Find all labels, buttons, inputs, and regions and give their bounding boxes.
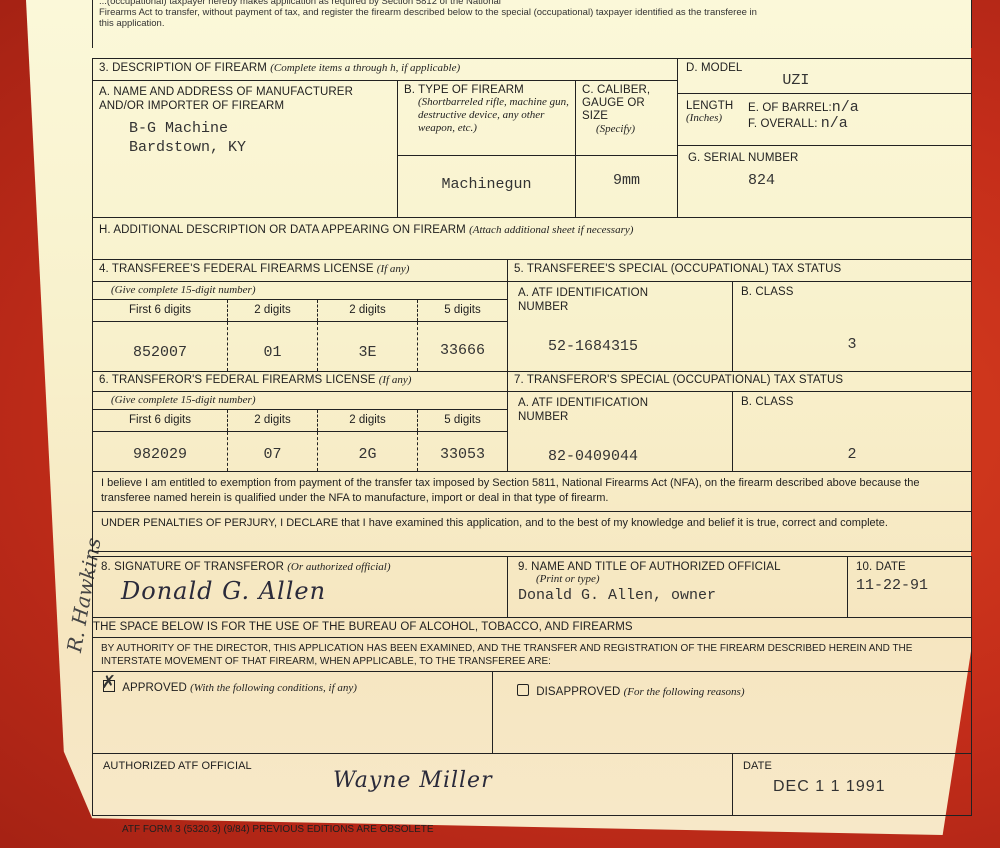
transferee-atf-id-field[interactable]: a. ATF IDENTIFICATION NUMBER 52-1684315 xyxy=(508,282,733,371)
transferee-ffl-part3[interactable]: 3E xyxy=(318,322,418,371)
authorized-official-field[interactable]: 9. NAME AND TITLE OF AUTHORIZED OFFICIAL… xyxy=(508,557,848,617)
transferor-ffl-part2[interactable]: 07 xyxy=(228,432,318,471)
atf-authority-text: BY AUTHORITY OF THE DIRECTOR, THIS APPLI… xyxy=(92,638,972,672)
serial-number-field[interactable]: g. SERIAL NUMBER 824 xyxy=(678,146,971,217)
length-field[interactable]: LENGTH (Inches) e. OF BARREL:n/a f. OVER… xyxy=(678,94,971,146)
transferee-ffl-part1[interactable]: 852007 xyxy=(93,322,228,371)
manufacturer-field[interactable]: a. NAME AND ADDRESS OF MANUFACTURER AND/… xyxy=(93,81,398,217)
atf-date-field[interactable]: DATE DEC 1 1 1991 xyxy=(733,754,971,815)
intro-text: ...(occupational) taxpayer hereby makes … xyxy=(92,0,972,48)
transferee-class-field[interactable]: b. CLASS 3 xyxy=(733,282,971,371)
perjury-statement: UNDER PENALTIES OF PERJURY, I DECLARE th… xyxy=(92,512,972,552)
firearm-type-field[interactable]: Machinegun xyxy=(398,156,576,217)
atf-official-row: AUTHORIZED ATF OFFICIAL Wayne Miller DAT… xyxy=(92,754,972,816)
disapproved-checkbox[interactable] xyxy=(517,684,529,696)
transferor-ffl-part1[interactable]: 982029 xyxy=(93,432,228,471)
transferor-atf-id-field[interactable]: a. ATF IDENTIFICATION NUMBER 82-0409044 xyxy=(508,392,733,471)
sections-6-7: 6. TRANSFEROR'S FEDERAL FIREARMS LICENSE… xyxy=(92,372,972,472)
caliber-field[interactable]: 9mm xyxy=(576,156,677,217)
atf-official-signature-field[interactable]: AUTHORIZED ATF OFFICIAL Wayne Miller xyxy=(93,754,733,815)
model-field[interactable]: d. MODEL UZI xyxy=(678,59,971,94)
approved-option[interactable]: ✗ APPROVED (With the following condition… xyxy=(93,672,493,753)
signature-row: 8. SIGNATURE OF TRANSFEROR (Or authorize… xyxy=(92,556,972,618)
transferor-signature-field[interactable]: 8. SIGNATURE OF TRANSFEROR (Or authorize… xyxy=(93,557,508,617)
exemption-statement: I believe I am entitled to exemption fro… xyxy=(92,472,972,512)
transferor-ffl-part4[interactable]: 33053 xyxy=(418,432,507,471)
approval-row: ✗ APPROVED (With the following condition… xyxy=(92,672,972,754)
date-field[interactable]: 10. DATE 11-22-91 xyxy=(848,557,971,617)
disapproved-option[interactable]: DISAPPROVED (For the following reasons) xyxy=(493,672,971,753)
form-footer: ATF FORM 3 (5320.3) (9/84) PREVIOUS EDIT… xyxy=(92,816,972,843)
approved-checkbox[interactable]: ✗ xyxy=(103,680,115,692)
sections-4-5: 4. TRANSFEREE'S FEDERAL FIREARMS LICENSE… xyxy=(92,260,972,372)
checkmark-icon: ✗ xyxy=(101,672,116,693)
transferee-ffl-part4[interactable]: 33666 xyxy=(418,322,507,371)
transferor-class-field[interactable]: b. CLASS 2 xyxy=(733,392,971,471)
additional-description-field[interactable]: h. ADDITIONAL DESCRIPTION OR DATA APPEAR… xyxy=(92,218,972,260)
section-3: 3. DESCRIPTION OF FIREARM (Complete item… xyxy=(92,58,972,218)
section-3-title: 3. DESCRIPTION OF FIREARM xyxy=(99,62,267,74)
atf-form-3: ...(occupational) taxpayer hereby makes … xyxy=(92,0,972,843)
atf-banner: THE SPACE BELOW IS FOR THE USE OF THE BU… xyxy=(92,618,972,638)
transferee-ffl-part2[interactable]: 01 xyxy=(228,322,318,371)
transferor-ffl-part3[interactable]: 2G xyxy=(318,432,418,471)
